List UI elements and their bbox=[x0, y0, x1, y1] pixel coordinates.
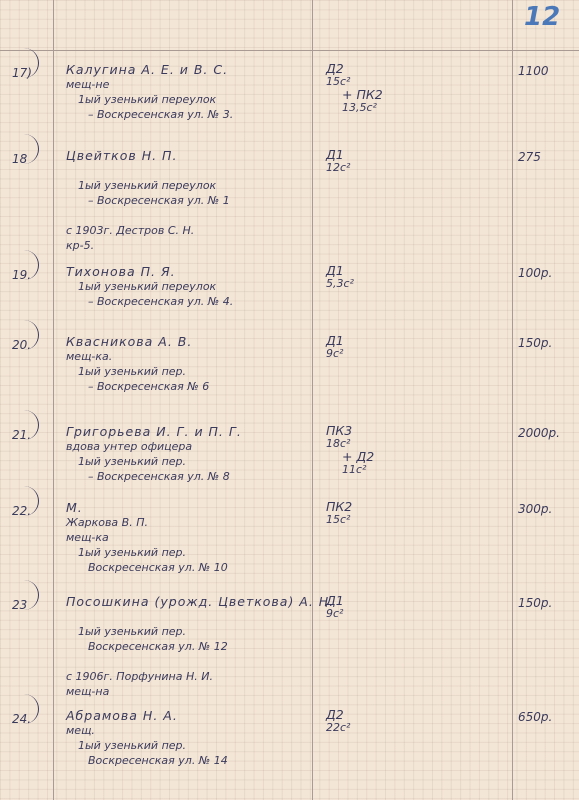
bracket-mark bbox=[24, 580, 39, 610]
category-code: Д2 bbox=[326, 62, 476, 75]
entry-line: 1ый узенький переулок bbox=[66, 279, 306, 294]
entry-line: 1ый узенький пер. bbox=[66, 624, 306, 639]
entry-line: – Воскресенская ул. № 1 bbox=[66, 193, 306, 208]
category-code: Д2 bbox=[326, 708, 476, 721]
entry-line: вдова унтер офицера bbox=[66, 439, 306, 454]
entry-description: Абрамова Н. А.мещ.1ый узенький пер.Воскр… bbox=[66, 708, 306, 768]
entry-description: Квасникова А. В.мещ-ка.1ый узенький пер.… bbox=[66, 334, 306, 394]
entry-line: кр-5. bbox=[66, 238, 306, 253]
category-area: 15с² bbox=[326, 513, 476, 526]
category-code: ПК2 bbox=[326, 500, 476, 513]
entry-description: М.Жаркова В. П.мещ-ка1ый узенький пер.Во… bbox=[66, 500, 306, 575]
column-divider bbox=[312, 0, 313, 800]
category-code: Д1 bbox=[326, 264, 476, 277]
category-area: 12с² bbox=[326, 161, 476, 174]
entry-line: 1ый узенький переулок bbox=[66, 178, 306, 193]
entry-line: мещ-на bbox=[66, 684, 306, 699]
entry-line: Воскресенская ул. № 12 bbox=[66, 639, 306, 654]
category-code: Д1 bbox=[326, 148, 476, 161]
entry-description: Калугина А. Е. и В. С.мещ-не1ый узенький… bbox=[66, 62, 306, 122]
bracket-mark bbox=[24, 410, 39, 440]
category-area: 9с² bbox=[326, 347, 476, 360]
category-code: ПК3 bbox=[326, 424, 476, 437]
entry-line: мещ. bbox=[66, 723, 306, 738]
building-category: ПК318с²+ Д211с² bbox=[326, 424, 476, 476]
building-category: Д215с²+ ПК213,5с² bbox=[326, 62, 476, 114]
entry-line bbox=[66, 609, 306, 624]
entry-line: – Воскресенская ул. № 8 bbox=[66, 469, 306, 484]
entry-description: Цвейтков Н. П. 1ый узенький переулок– Во… bbox=[66, 148, 306, 253]
bracket-mark bbox=[24, 250, 39, 280]
entry-line: Жаркова В. П. bbox=[66, 515, 306, 530]
column-divider bbox=[53, 0, 54, 800]
entry-line: 1ый узенький пер. bbox=[66, 738, 306, 753]
entry-description: Посошкина (урожд. Цветкова) А. Н. 1ый уз… bbox=[66, 594, 306, 699]
category-code: + Д2 bbox=[326, 450, 476, 463]
entry-price: 150р. bbox=[518, 596, 552, 610]
category-code: Д1 bbox=[326, 594, 476, 607]
owner-name: Абрамова Н. А. bbox=[66, 708, 306, 723]
owner-name: Григорьева И. Г. и П. Г. bbox=[66, 424, 306, 439]
category-code: Д1 bbox=[326, 334, 476, 347]
building-category: Д19с² bbox=[326, 334, 476, 360]
entry-line: 1ый узенький пер. bbox=[66, 545, 306, 560]
entry-line: мещ-не bbox=[66, 77, 306, 92]
entry-line: с 1903г. Дестров С. Н. bbox=[66, 223, 306, 238]
entry-line: мещ-ка. bbox=[66, 349, 306, 364]
owner-name: М. bbox=[66, 500, 306, 515]
entry-line: – Воскресенская ул. № 3. bbox=[66, 107, 306, 122]
building-category: Д112с² bbox=[326, 148, 476, 174]
entry-line: Воскресенская ул. № 14 bbox=[66, 753, 306, 768]
entry-price: 275 bbox=[518, 150, 541, 164]
entry-description: Григорьева И. Г. и П. Г.вдова унтер офиц… bbox=[66, 424, 306, 484]
category-code: + ПК2 bbox=[326, 88, 476, 101]
header-divider bbox=[0, 50, 579, 51]
entry-line: – Воскресенская ул. № 4. bbox=[66, 294, 306, 309]
entry-line bbox=[66, 654, 306, 669]
entry-line: с 1906г. Порфунина Н. И. bbox=[66, 669, 306, 684]
entry-line: 1ый узенький пер. bbox=[66, 454, 306, 469]
owner-name: Калугина А. Е. и В. С. bbox=[66, 62, 306, 77]
entry-line: – Воскресенская № 6 bbox=[66, 379, 306, 394]
entry-line: Воскресенская ул. № 10 bbox=[66, 560, 306, 575]
bracket-mark bbox=[24, 134, 39, 164]
bracket-mark bbox=[24, 320, 39, 350]
page-number: 12 bbox=[524, 2, 560, 32]
owner-name: Квасникова А. В. bbox=[66, 334, 306, 349]
entry-price: 150р. bbox=[518, 336, 552, 350]
entry-line bbox=[66, 208, 306, 223]
bracket-mark bbox=[24, 694, 39, 724]
building-category: ПК215с² bbox=[326, 500, 476, 526]
category-area: 5,3с² bbox=[326, 277, 476, 290]
bracket-mark bbox=[24, 486, 39, 516]
category-area: 9с² bbox=[326, 607, 476, 620]
building-category: Д222с² bbox=[326, 708, 476, 734]
building-category: Д19с² bbox=[326, 594, 476, 620]
entry-line: мещ-ка bbox=[66, 530, 306, 545]
owner-name: Цвейтков Н. П. bbox=[66, 148, 306, 163]
entry-price: 100р. bbox=[518, 266, 552, 280]
entry-line bbox=[66, 163, 306, 178]
category-area: 13,5с² bbox=[326, 101, 476, 114]
bracket-mark bbox=[24, 48, 39, 78]
building-category: Д15,3с² bbox=[326, 264, 476, 290]
category-area: 22с² bbox=[326, 721, 476, 734]
entry-price: 650р. bbox=[518, 710, 552, 724]
entry-price: 2000р. bbox=[518, 426, 560, 440]
entry-line: 1ый узенький переулок bbox=[66, 92, 306, 107]
entry-line: 1ый узенький пер. bbox=[66, 364, 306, 379]
owner-name: Тихонова П. Я. bbox=[66, 264, 306, 279]
column-divider bbox=[512, 0, 513, 800]
category-area: 11с² bbox=[326, 463, 476, 476]
owner-name: Посошкина (урожд. Цветкова) А. Н. bbox=[66, 594, 306, 609]
entry-price: 300р. bbox=[518, 502, 552, 516]
entry-price: 1100 bbox=[518, 64, 549, 78]
entry-description: Тихонова П. Я.1ый узенький переулок– Вос… bbox=[66, 264, 306, 309]
